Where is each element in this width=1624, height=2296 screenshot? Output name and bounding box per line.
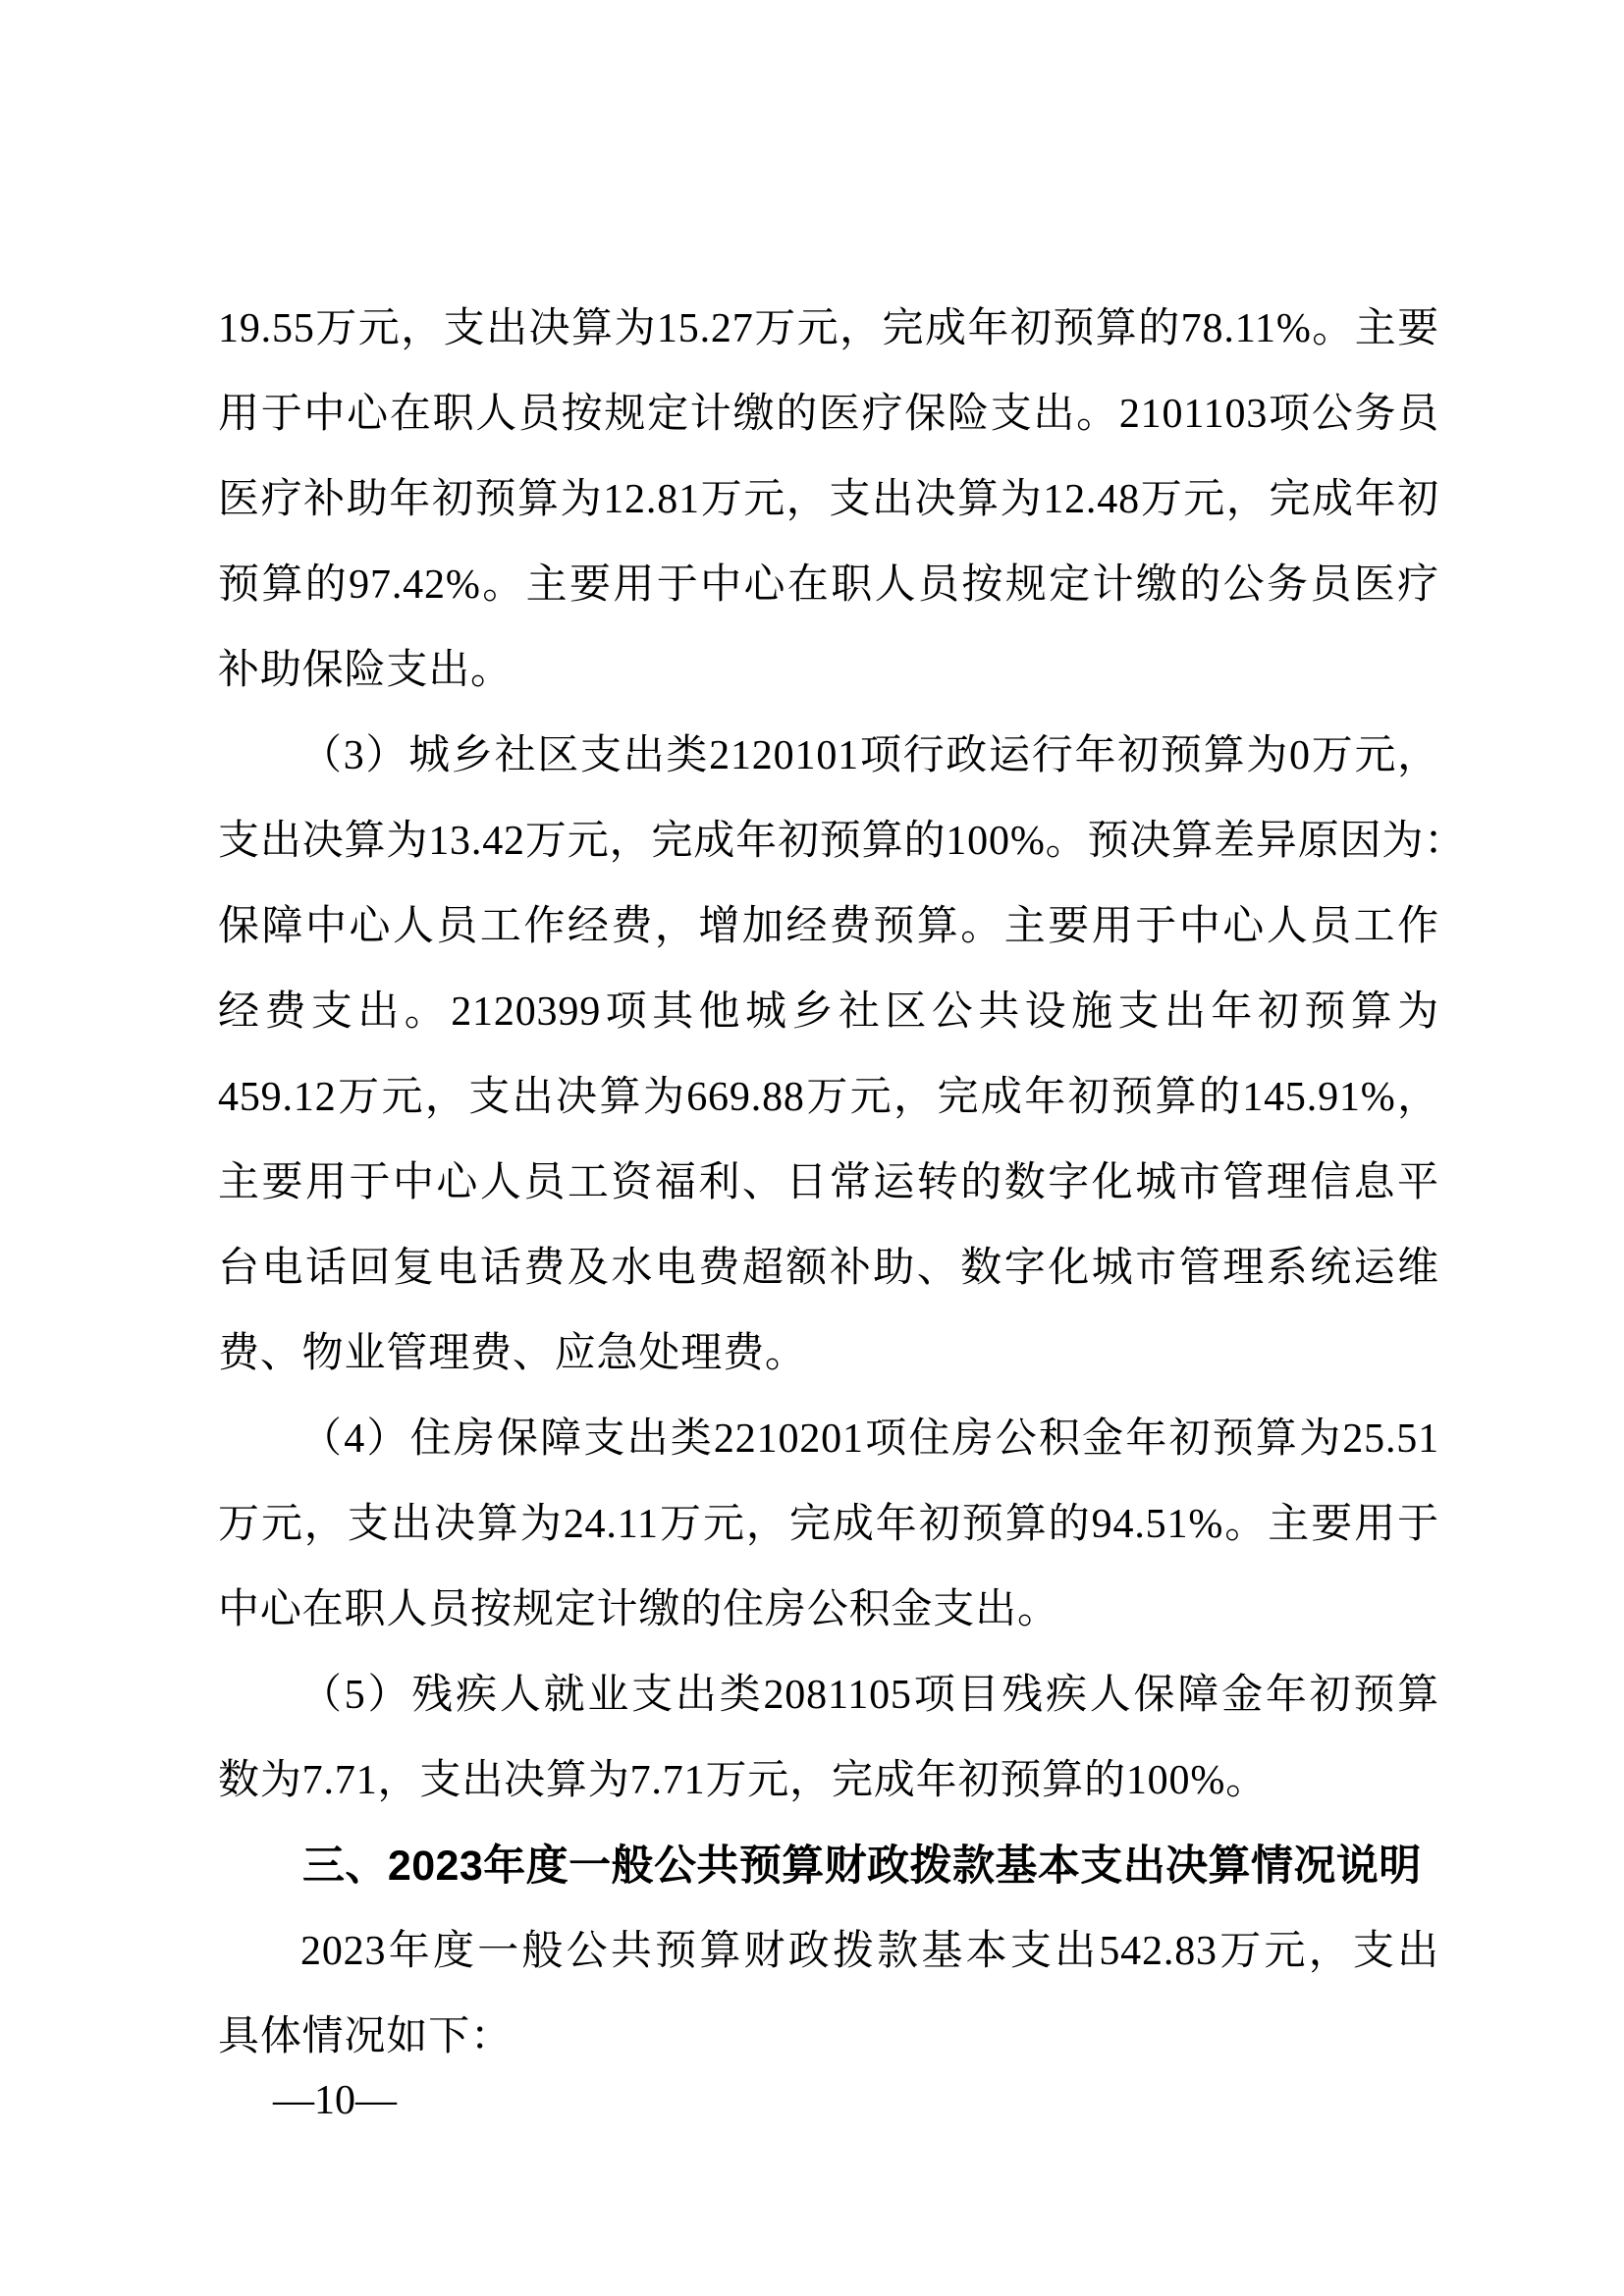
page-footer: —10— (218, 2071, 397, 2130)
body-line: 补助保险支出。 (218, 628, 1439, 714)
body-line: 具体情况如下： (218, 1995, 1439, 2080)
body-line: 主要用于中心人员工资福利、日常运转的数字化城市管理信息平 (218, 1141, 1439, 1226)
body-line: 保障中心人员工作经费，增加经费预算。主要用于中心人员工作 (218, 884, 1439, 970)
body-line: 数为7.71，支出决算为7.71万元，完成年初预算的100%。 (218, 1738, 1439, 1824)
section-heading: 三、2023年度一般公共预算财政拨款基本支出决算情况说明 (218, 1824, 1439, 1909)
body-line: 中心在职人员按规定计缴的住房公积金支出。 (218, 1568, 1439, 1653)
document-body: 19.55万元，支出决算为15.27万元，完成年初预算的78.11%。主要 用于… (218, 287, 1439, 2080)
body-line: 万元，支出决算为24.11万元，完成年初预算的94.51%。主要用于 (218, 1482, 1439, 1568)
body-line: （3）城乡社区支出类2120101项行政运行年初预算为0万元， (218, 714, 1439, 799)
body-line: 台电话回复电话费及水电费超额补助、数字化城市管理系统运维 (218, 1226, 1439, 1311)
body-line: 19.55万元，支出决算为15.27万元，完成年初预算的78.11%。主要 (218, 287, 1439, 372)
body-line: 医疗补助年初预算为12.81万元，支出决算为12.48万元，完成年初 (218, 457, 1439, 543)
body-line: 支出决算为13.42万元，完成年初预算的100%。预决算差异原因为： (218, 799, 1439, 884)
page-number: —10— (273, 2078, 397, 2123)
body-line: 用于中心在职人员按规定计缴的医疗保险支出。2101103项公务员 (218, 372, 1439, 457)
body-line: 预算的97.42%。主要用于中心在职人员按规定计缴的公务员医疗 (218, 543, 1439, 628)
body-line: 459.12万元，支出决算为669.88万元，完成年初预算的145.91%， (218, 1055, 1439, 1141)
body-line: 费、物业管理费、应急处理费。 (218, 1311, 1439, 1397)
body-line: 经费支出。2120399项其他城乡社区公共设施支出年初预算为 (218, 970, 1439, 1055)
body-line: （5）残疾人就业支出类2081105项目残疾人保障金年初预算 (218, 1653, 1439, 1738)
page: 19.55万元，支出决算为15.27万元，完成年初预算的78.11%。主要 用于… (0, 0, 1624, 2296)
body-line: 2023年度一般公共预算财政拨款基本支出542.83万元，支出 (218, 1909, 1439, 1995)
body-line: （4）住房保障支出类2210201项住房公积金年初预算为25.51 (218, 1397, 1439, 1482)
